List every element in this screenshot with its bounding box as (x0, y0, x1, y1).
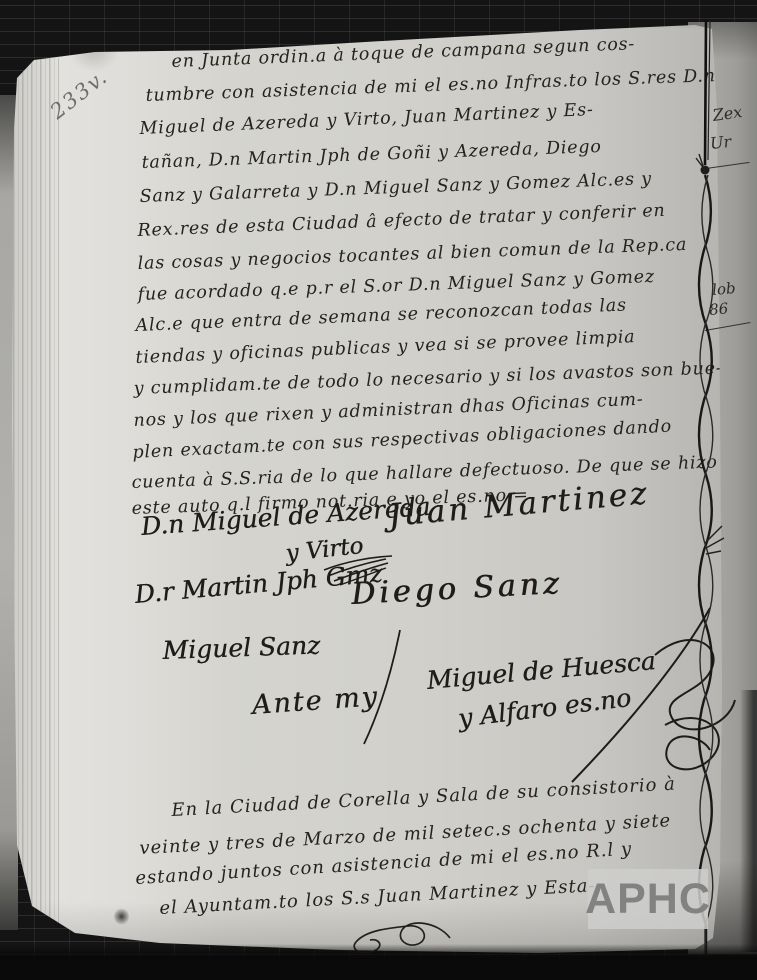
manuscript-line: tañan, D.n Martin Jph de Goñi y Azereda,… (141, 137, 602, 173)
watermark-text: APHC (585, 878, 711, 921)
manuscript-line: Sanz y Galarreta y D.n Miguel Sanz y Gom… (139, 169, 652, 207)
ink-stain (114, 908, 129, 925)
binding-cord (690, 20, 726, 956)
signature-juan-martinez: Juan Martinez (387, 475, 651, 534)
virto-flourish (322, 554, 394, 586)
scanned-manuscript-photo: 233v. en Junta ordin.a à toque de campan… (0, 0, 757, 980)
bottom-shadow (0, 944, 757, 980)
manuscript-line: Miguel de Azereda y Virto, Juan Martinez… (139, 100, 594, 139)
signature-miguel-sanz: Miguel Sanz (162, 631, 321, 665)
page-edge-texture (13, 58, 59, 936)
manuscript-line: Rex.res de esta Ciudad â efecto de trata… (137, 201, 666, 241)
ante-mi-slash (362, 628, 404, 746)
manuscript-line: tumbre con asistencia de mi el es.no Inf… (145, 66, 716, 106)
manuscript-page: 233v. en Junta ordin.a à toque de campan… (0, 0, 757, 980)
notary-ante-mi: Ante my (251, 681, 380, 721)
watermark-badge: APHC (588, 869, 708, 929)
manuscript-line: tiendas y oficinas publicas y vea si se … (135, 327, 636, 368)
